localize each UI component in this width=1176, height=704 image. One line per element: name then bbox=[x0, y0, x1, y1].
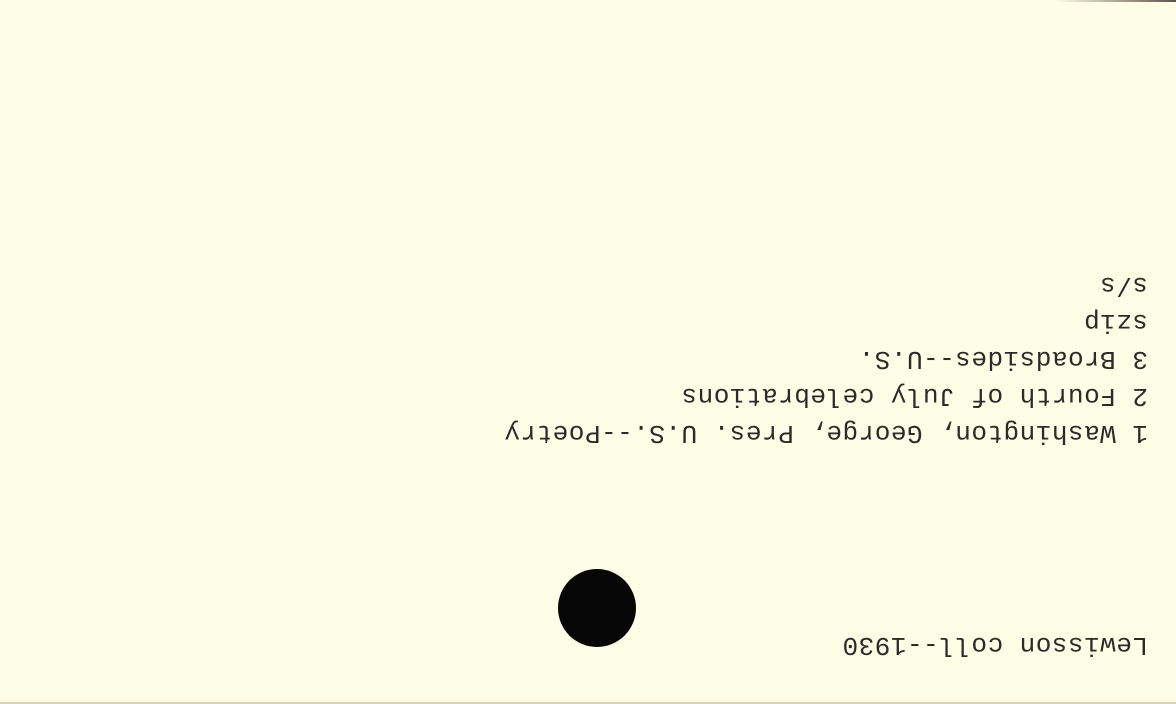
catalog-card: Lewisson coll--1930 1 Washington, George… bbox=[0, 0, 1176, 704]
punch-hole bbox=[558, 569, 636, 647]
call-line: Lewisson coll--1930 bbox=[842, 632, 1148, 658]
card-edge-shadow bbox=[1056, 0, 1176, 2]
subject-heading-2: 2 Fourth of July celebrations bbox=[681, 383, 1148, 409]
subject-heading-3: 3 Broadsides--U.S. bbox=[858, 346, 1148, 372]
subject-heading-1: 1 Washington, George, Pres. U.S.--Poetry bbox=[504, 420, 1148, 446]
note-1: szip bbox=[1084, 309, 1148, 335]
note-2: s/s bbox=[1100, 272, 1148, 298]
